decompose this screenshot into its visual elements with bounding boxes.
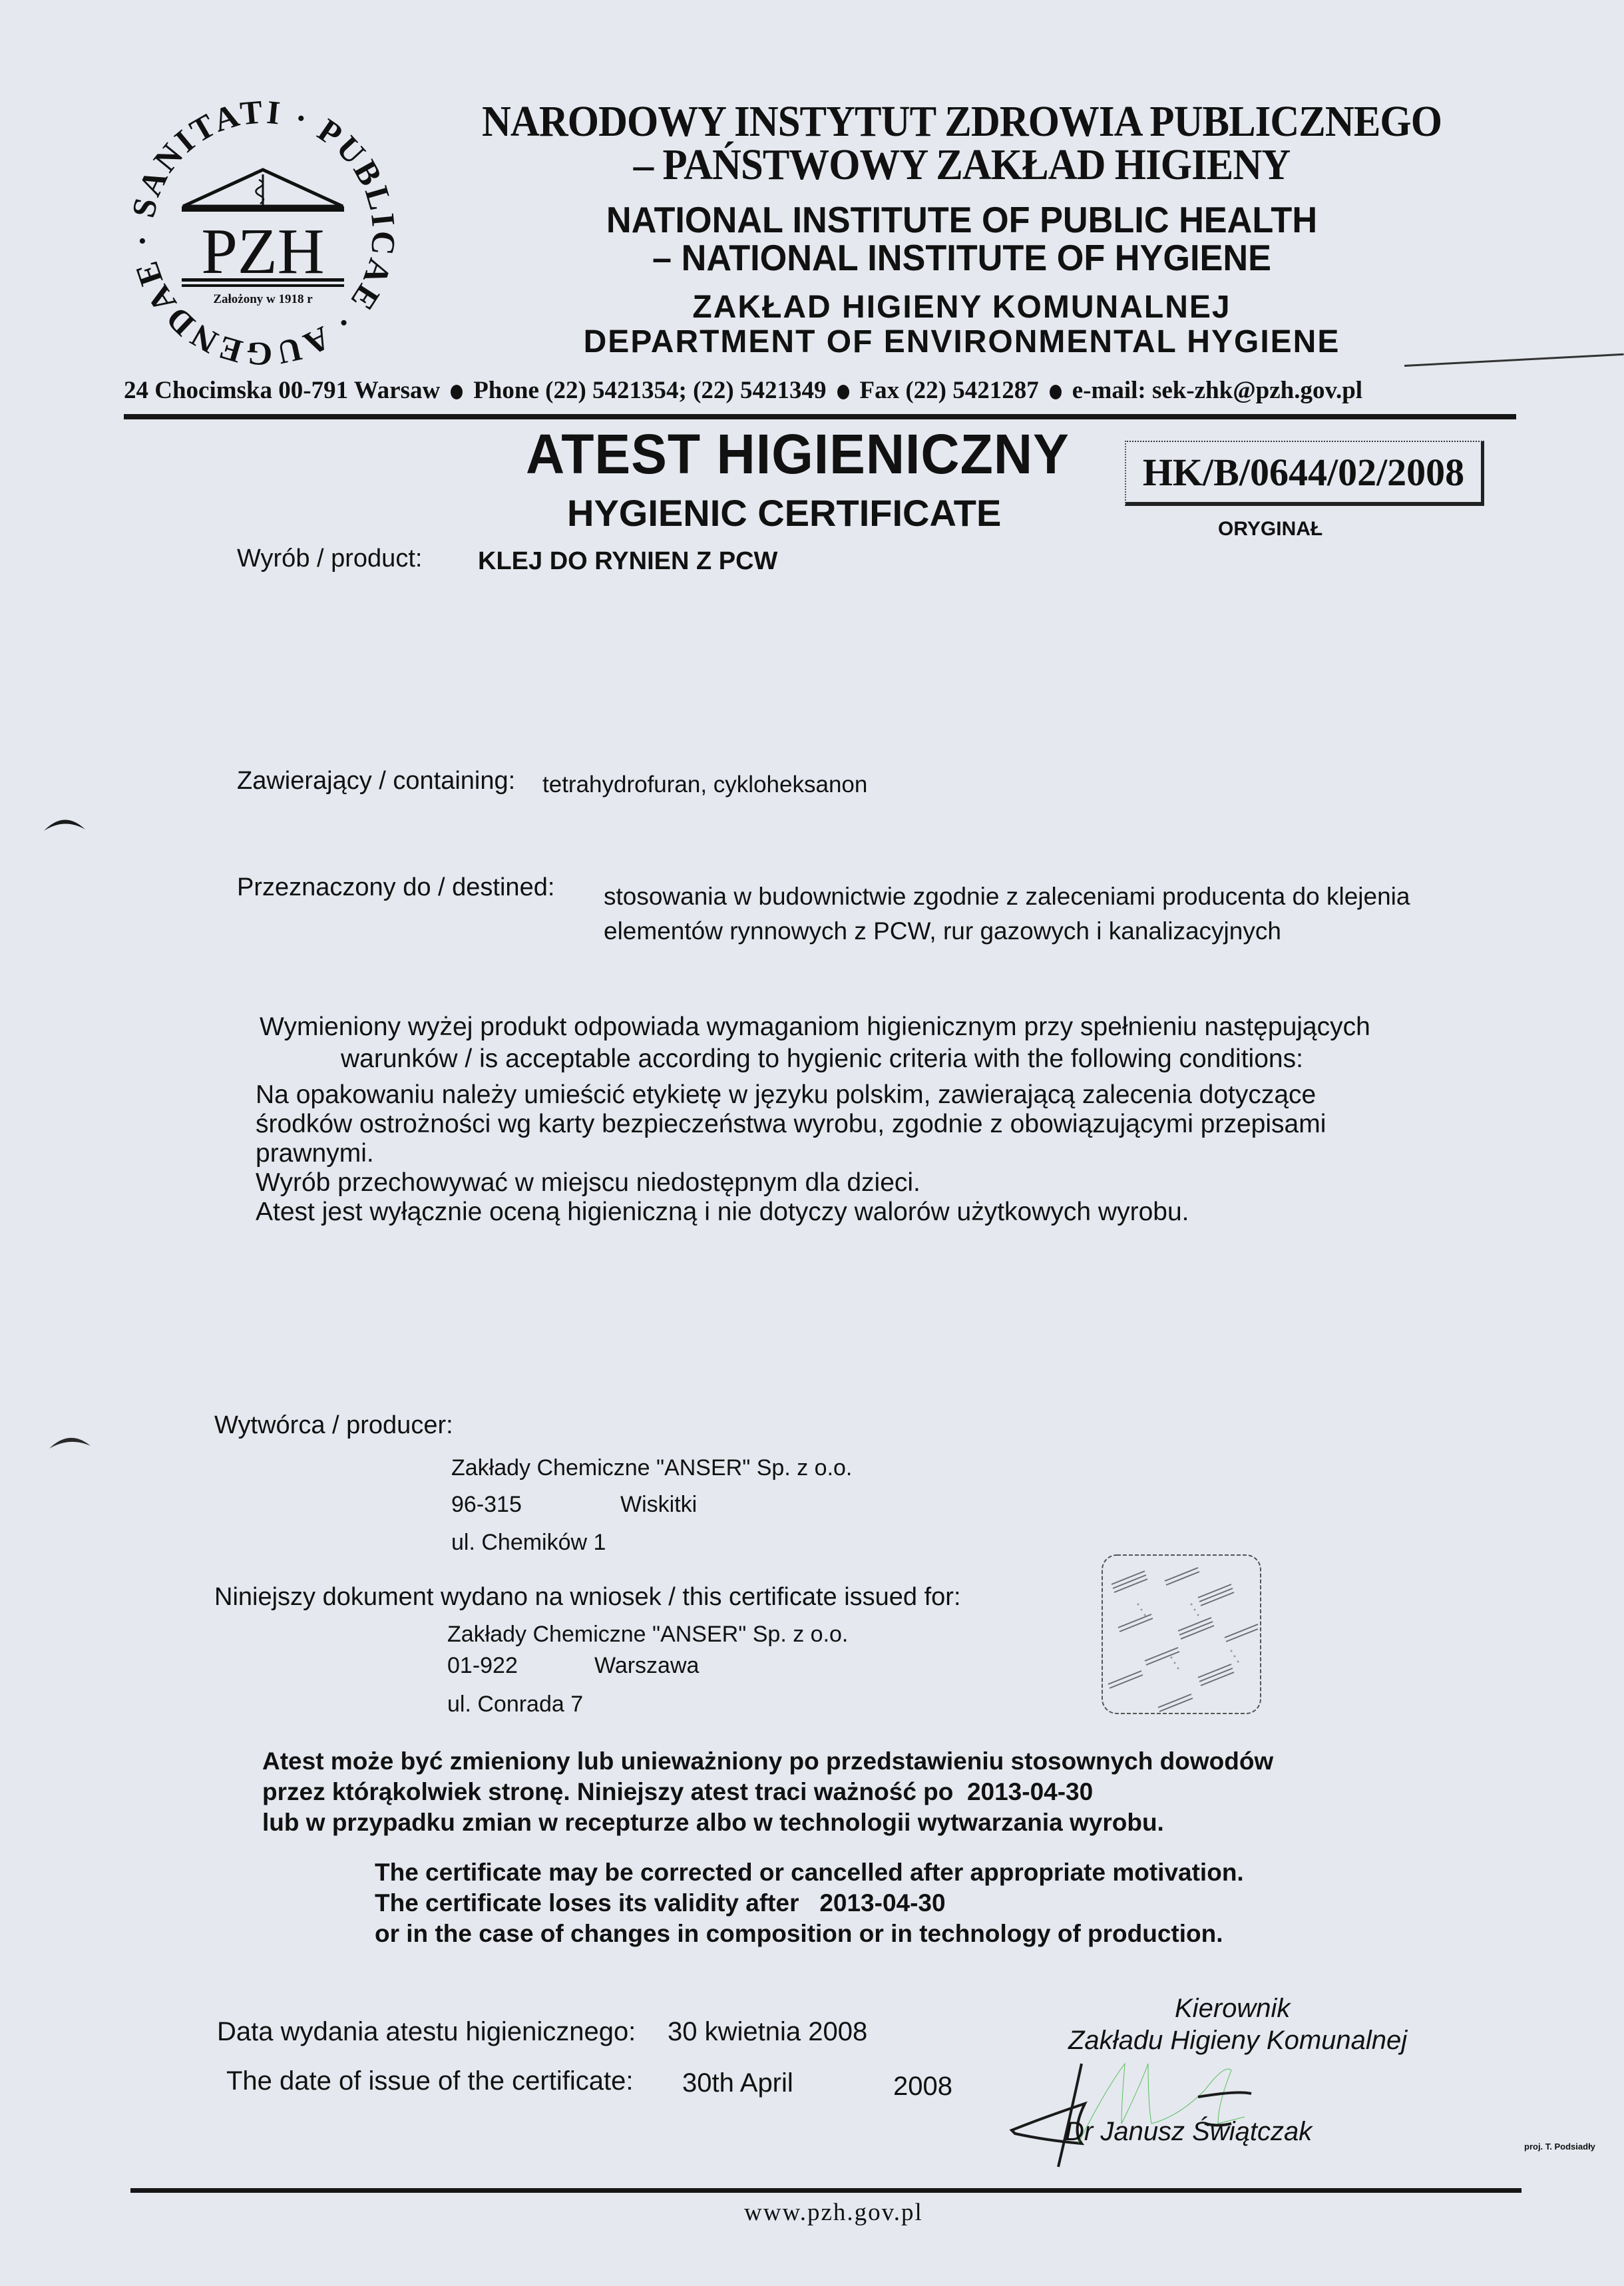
pzh-logo: SANITATI · PUBLICAE · AUGENDAE · PZH Zał… [130, 100, 396, 366]
department-name-pl: ZAKŁAD HIGIENY KOMUNALNEJ [399, 292, 1524, 324]
destined-label: Przeznaczony do / destined: [237, 873, 554, 902]
hole-punch-mark [41, 813, 88, 833]
certificate-title-en: HYGIENIC CERTIFICATE [567, 495, 1001, 532]
hologram-sticker [1098, 1551, 1265, 1717]
validity-pl-line2: przez którąkolwiek stronę. Niniejszy ate… [262, 1777, 1273, 1807]
certificate-number: HK/B/0644/02/2008 [1126, 453, 1481, 492]
issue-date-label-pl: Data wydania atestu higienicznego: [217, 2016, 636, 2048]
issue-date-value-pl: 30 kwietnia 2008 [668, 2016, 867, 2048]
bullet-icon [837, 385, 849, 399]
issued-for-label: Niniejszy dokument wydano na wniosek / t… [214, 1583, 961, 1612]
condition-line: środków ostrożności wg karty bezpieczeńs… [256, 1110, 1326, 1139]
issued-for-postal-code: 01-922 [447, 1652, 518, 1680]
containing-value: tetrahydrofuran, cykloheksanon [542, 771, 867, 799]
department-name-en: DEPARTMENT OF ENVIRONMENTAL HYGIENE [399, 326, 1524, 358]
logo-monogram: PZH [201, 216, 324, 288]
issued-for-name: Zakłady Chemiczne "ANSER" Sp. z o.o. [447, 1621, 848, 1648]
designer-credit: proj. T. Podsiadły [1524, 2142, 1595, 2152]
producer-label: Wytwórca / producer: [214, 1411, 453, 1440]
signatory-title-line1: Kierownik [1175, 1994, 1290, 2024]
logo-founded-text: Założony w 1918 r [213, 292, 313, 306]
product-value: KLEJ DO RYNIEN Z PCW [478, 547, 777, 576]
contact-address: 24 Chocimska 00-791 Warsaw [124, 377, 440, 404]
certificate-number-box: HK/B/0644/02/2008 [1125, 441, 1484, 506]
conditions-list: Na opakowaniu należy umieścić etykietę w… [256, 1080, 1326, 1227]
validity-en-line1: The certificate may be corrected or canc… [375, 1857, 1244, 1888]
certificate-title-pl: ATEST HIGIENICZNY [526, 426, 1070, 482]
validity-notice-pl: Atest może być zmieniony lub unieważnion… [262, 1746, 1273, 1838]
condition-line: Na opakowaniu należy umieścić etykietę w… [256, 1080, 1326, 1110]
handwritten-signature [1005, 2050, 1471, 2170]
condition-line: prawnymi. [256, 1139, 1326, 1168]
condition-line: Atest jest wyłącznie oceną higieniczną i… [256, 1198, 1326, 1227]
validity-en-line3: or in the case of changes in composition… [375, 1919, 1244, 1949]
destined-line2: elementów rynnowych z PCW, rur gazowych … [604, 917, 1281, 946]
issue-date-value-en-year: 2008 [893, 2070, 952, 2102]
conditions-intro-line2: warunków / is acceptable according to hy… [341, 1044, 1303, 1075]
institute-name-pl-line2: – PAŃSTWOWY ZAKŁAD HIGIENY [445, 143, 1480, 187]
validity-en-line2-text: The certificate loses its validity after [375, 1889, 799, 1917]
producer-name: Zakłady Chemiczne "ANSER" Sp. z o.o. [451, 1455, 852, 1482]
signatory-name: Dr Janusz Świątczak [1065, 2117, 1312, 2147]
validity-pl-expiry-date: 2013-04-30 [967, 1778, 1093, 1805]
contact-phone: Phone (22) 5421354; (22) 5421349 [473, 377, 826, 404]
product-label: Wyrób / product: [237, 545, 422, 573]
footer-divider [130, 2188, 1522, 2193]
validity-pl-line3: lub w przypadku zmian w recepturze albo … [262, 1807, 1273, 1838]
contact-line: 24 Chocimska 00-791 WarsawPhone (22) 542… [124, 376, 1362, 405]
footer-website[interactable]: www.pzh.gov.pl [744, 2198, 923, 2227]
institute-name-en-line2: – NATIONAL INSTITUTE OF HYGIENE [427, 240, 1496, 276]
issued-for-city: Warszawa [594, 1652, 699, 1680]
header-divider [124, 414, 1516, 419]
bullet-icon [1050, 385, 1062, 399]
issue-date-label-en: The date of issue of the certificate: [226, 2065, 633, 2097]
condition-line: Wyrób przechowywać w miejscu niedostępny… [256, 1168, 1326, 1198]
validity-en-line2: The certificate loses its validity after… [375, 1888, 1244, 1919]
producer-street: ul. Chemików 1 [451, 1529, 606, 1556]
issued-for-street: ul. Conrada 7 [447, 1691, 583, 1718]
containing-label: Zawierający / containing: [237, 767, 515, 796]
institute-name-pl-line1: NARODOWY INSTYTUT ZDROWIA PUBLICZNEGO [445, 100, 1480, 144]
validity-pl-line2-text: przez którąkolwiek stronę. Niniejszy ate… [262, 1778, 953, 1805]
hole-punch-mark [47, 1431, 93, 1451]
institute-name-en-line1: NATIONAL INSTITUTE OF PUBLIC HEALTH [427, 202, 1496, 238]
producer-city: Wiskitki [620, 1491, 697, 1518]
issue-date-value-en-day: 30th April [682, 2067, 793, 2099]
producer-postal-code: 96-315 [451, 1491, 522, 1518]
validity-pl-line1: Atest może być zmieniony lub unieważnion… [262, 1746, 1273, 1777]
destined-line1: stosowania w budownictwie zgodnie z zale… [604, 882, 1410, 911]
original-stamp: ORYGINAŁ [1218, 518, 1322, 541]
validity-en-expiry-date: 2013-04-30 [819, 1889, 945, 1917]
conditions-intro-line1: Wymieniony wyżej produkt odpowiada wymag… [260, 1012, 1370, 1043]
validity-notice-en: The certificate may be corrected or canc… [375, 1857, 1244, 1949]
contact-fax: Fax (22) 5421287 [860, 377, 1039, 404]
bullet-icon [451, 385, 463, 399]
contact-email[interactable]: e-mail: sek-zhk@pzh.gov.pl [1072, 377, 1362, 404]
